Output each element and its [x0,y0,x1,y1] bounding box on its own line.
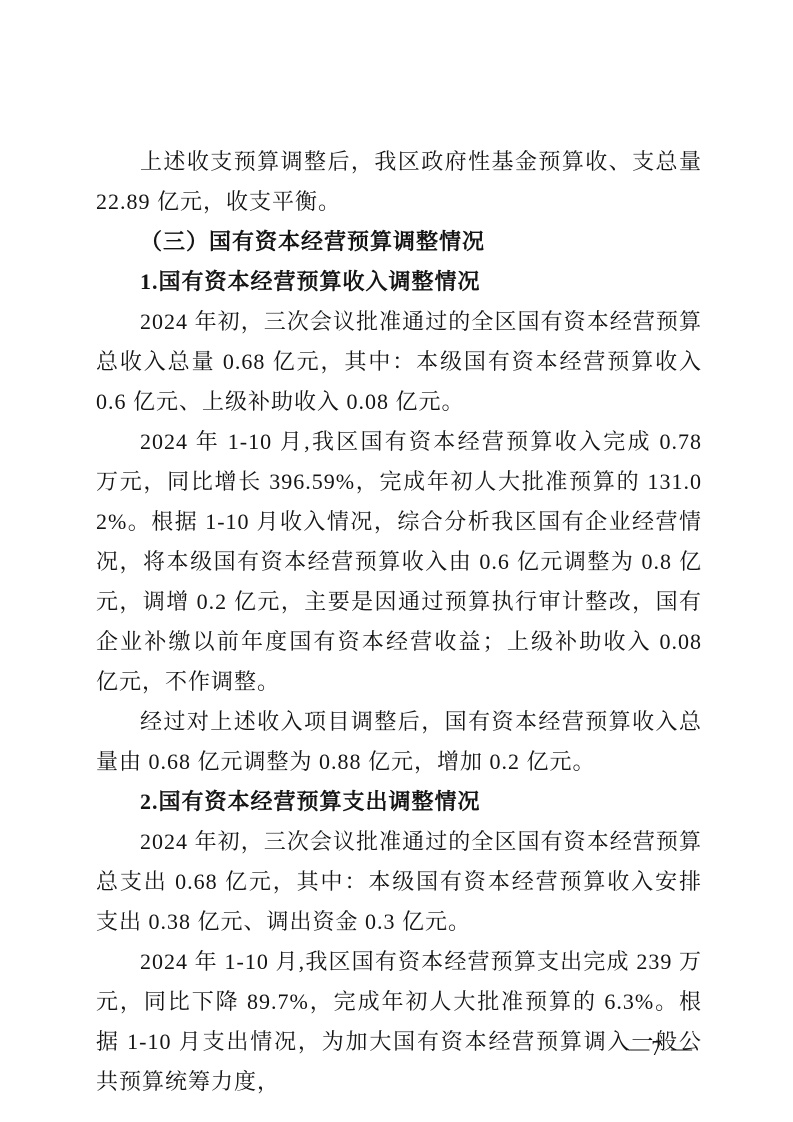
document-content: 上述收支预算调整后，我区政府性基金预算收、支总量 22.89 亿元，收支平衡。（… [96,142,702,1102]
section-heading: （三）国有资本经营预算调整情况 [96,222,702,262]
paragraph: 2024 年 1-10 月,我区国有资本经营预算支出完成 239 万元，同比下降… [96,942,702,1102]
section-heading: 1.国有资本经营预算收入调整情况 [96,262,702,302]
paragraph: 2024 年 1-10 月,我区国有资本经营预算收入完成 0.78 万元，同比增… [96,422,702,702]
page-number: —7 — [628,1036,694,1061]
paragraph: 经过对上述收入项目调整后，国有资本经营预算收入总量由 0.68 亿元调整为 0.… [96,702,702,782]
document-page: 上述收支预算调整后，我区政府性基金预算收、支总量 22.89 亿元，收支平衡。（… [0,0,793,1122]
paragraph: 2024 年初，三次会议批准通过的全区国有资本经营预算总收入总量 0.68 亿元… [96,302,702,422]
paragraph: 上述收支预算调整后，我区政府性基金预算收、支总量 22.89 亿元，收支平衡。 [96,142,702,222]
paragraph: 2024 年初，三次会议批准通过的全区国有资本经营预算总支出 0.68 亿元，其… [96,822,702,942]
section-heading: 2.国有资本经营预算支出调整情况 [96,782,702,822]
